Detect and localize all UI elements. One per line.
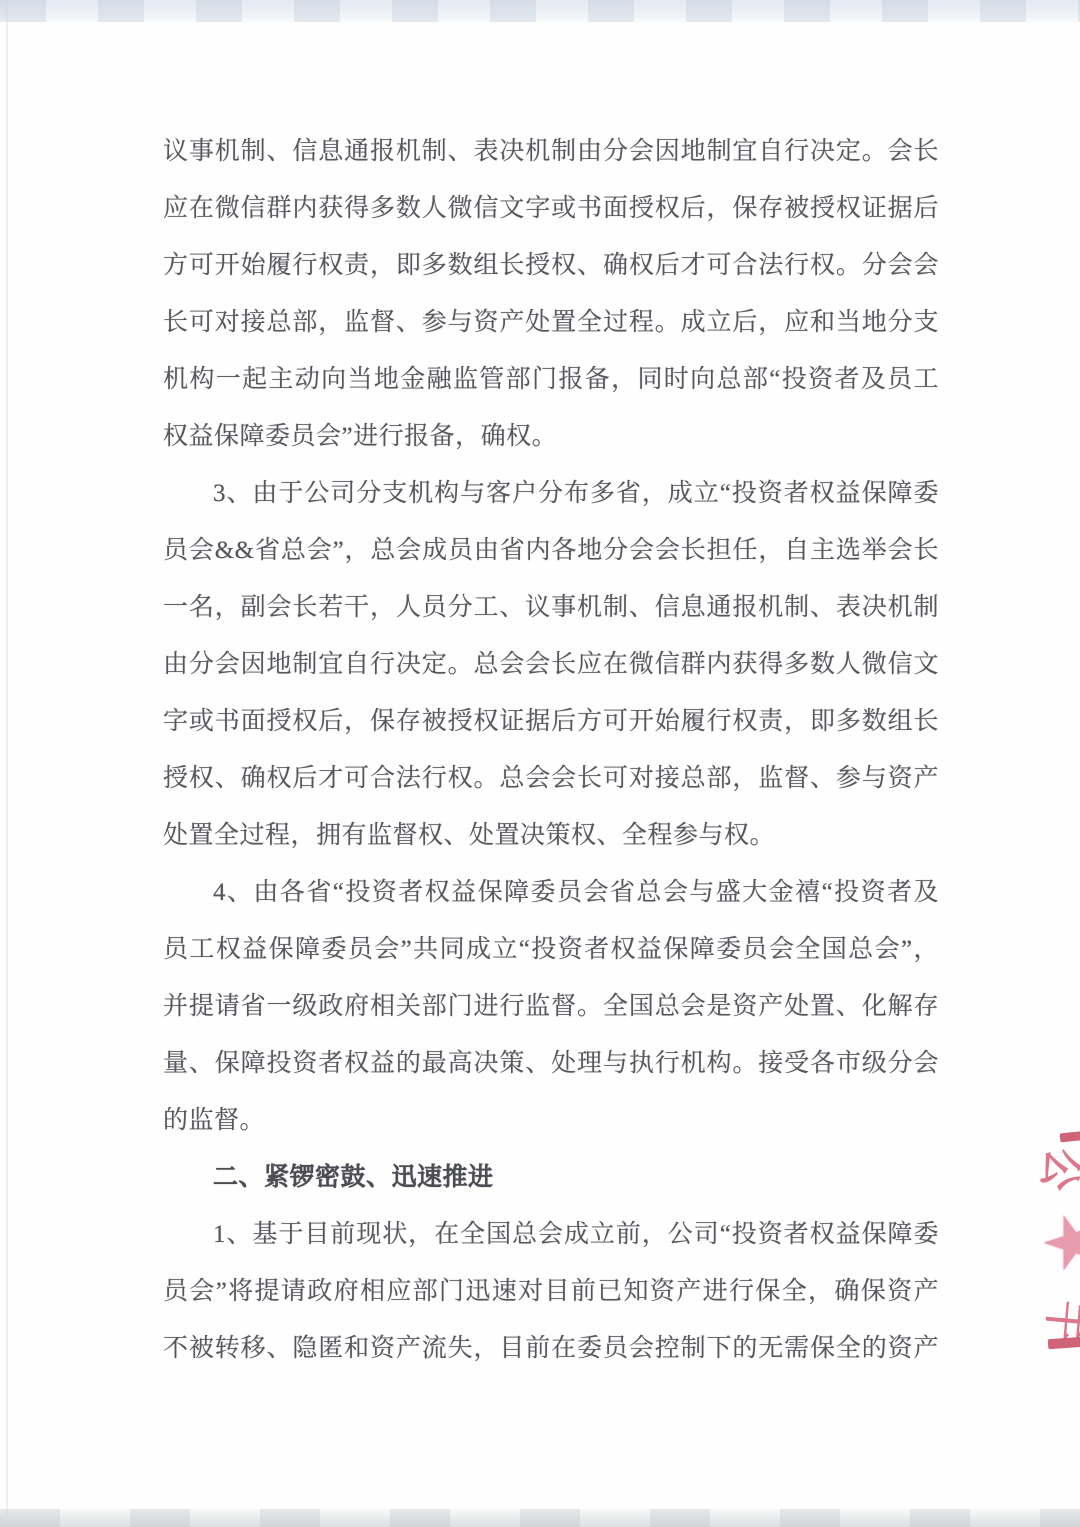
document-line: 量、保障投资者权益的最高决策、处理与执行机构。接受各市级分会 [163,1035,939,1092]
scan-artifact-left-edge [6,0,8,1527]
document-line: 并提请省一级政府相关部门进行监督。全国总会是资产处置、化解存 [163,978,939,1035]
document-line: 不被转移、隐匿和资产流失，目前在委员会控制下的无需保全的资产 [163,1320,939,1377]
seal-edge-mark-bottom [1048,1337,1080,1349]
document-line: 由分会因地制宜自行决定。总会会长应在微信群内获得多数人微信文 [163,636,939,693]
document-line: 一名，副会长若干，人员分工、议事机制、信息通报机制、表决机制 [163,579,939,636]
document-line: 方可开始履行权责，即多数组长授权、确权后才可合法行权。分会会 [163,237,939,294]
document-line: 员工权益保障委员会”共同成立“投资者权益保障委员会全国总会”， [163,921,939,978]
document-line: 应在微信群内获得多数人微信文字或书面授权后，保存被授权证据后 [163,180,939,237]
scan-artifact-top [0,0,1080,22]
section-heading: 二、紧锣密鼓、迅速推进 [163,1149,939,1206]
document-line: 权益保障委员会”进行报备，确权。 [163,408,939,465]
document-line: 长可对接总部，监督、参与资产处置全过程。成立后，应和当地分支 [163,294,939,351]
document-line: 机构一起主动向当地金融监管部门报备，同时向总部“投资者及员工 [163,351,939,408]
scan-artifact-bottom [0,1509,1080,1527]
document-line: 员会&&省总会”，总会成员由省内各地分会会长担任，自主选举会长 [163,522,939,579]
document-line: 员会”将提请政府相应部门迅速对目前已知资产进行保全，确保资产 [163,1263,939,1320]
seal-character-bottom: 干 [1036,1298,1080,1343]
document-line: 处置全过程，拥有监督权、处置决策权、全程参与权。 [163,807,939,864]
document-line: 授权、确权后才可合法行权。总会会长可对接总部，监督、参与资产 [163,750,939,807]
document-line: 字或书面授权后，保存被授权证据后方可开始履行权责，即多数组长 [163,693,939,750]
seal-star-icon: ★ [1030,1198,1080,1286]
document-line: 1、基于目前现状，在全国总会成立前，公司“投资者权益保障委 [163,1206,939,1263]
scan-page: { "page": { "background": "#fefefe", "te… [0,0,1080,1527]
seal-character-top: 公 [1030,1144,1080,1196]
seal-edge-mark-top [1060,1131,1080,1143]
document-line: 3、由于公司分支机构与客户分布多省，成立“投资者权益保障委 [163,465,939,522]
document-line: 4、由各省“投资者权益保障委员会省总会与盛大金禧“投资者及 [163,864,939,921]
document-line: 议事机制、信息通报机制、表决机制由分会因地制宜自行决定。会长 [163,123,939,180]
document-body: 议事机制、信息通报机制、表决机制由分会因地制宜自行决定。会长应在微信群内获得多数… [163,123,939,1377]
document-line: 的监督。 [163,1092,939,1149]
